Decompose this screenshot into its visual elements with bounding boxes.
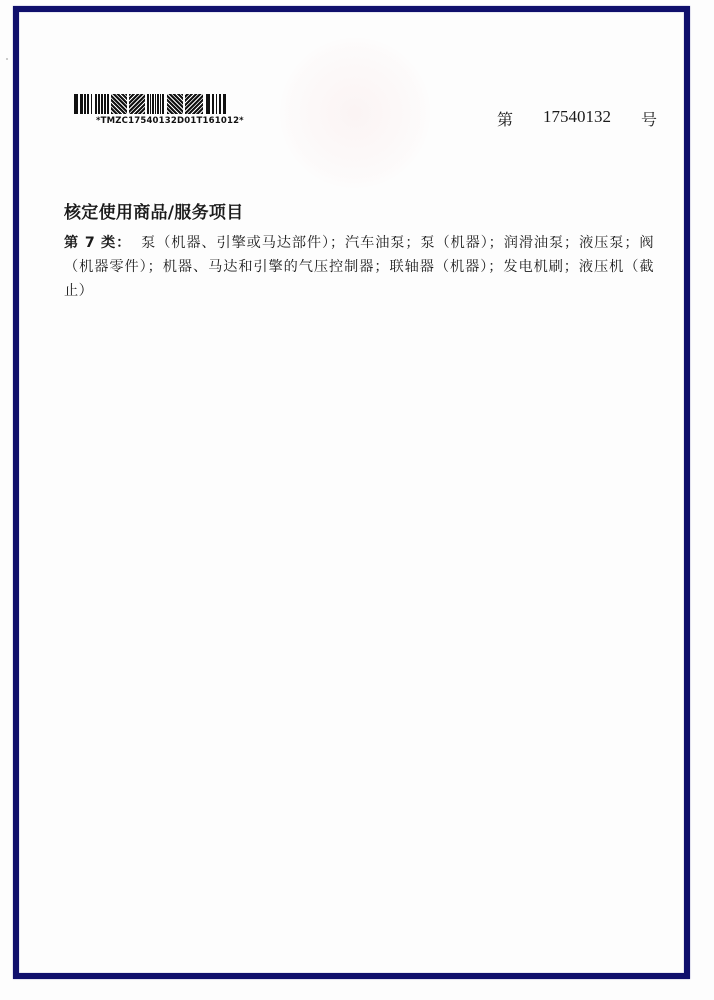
registration-number: 第 17540132 号 xyxy=(497,107,657,130)
barcode-icon xyxy=(74,94,249,114)
class-items-text: 泵（机器、引擎或马达部件）；汽车油泵；泵（机器）；润滑油泵；液压泵；阀（机器零件… xyxy=(64,235,654,299)
class-7-goods: 第 7 类：泵（机器、引擎或马达部件）；汽车油泵；泵（机器）；润滑油泵；液压泵；… xyxy=(64,231,654,303)
registration-prefix: 第 xyxy=(497,107,543,130)
class-label: 第 7 类： xyxy=(64,235,131,251)
barcode-block: *TMZC17540132D01T161012* xyxy=(74,94,249,126)
certificate-border-frame xyxy=(13,6,690,979)
registration-number-value: 17540132 xyxy=(543,107,633,130)
scan-speck xyxy=(6,58,8,60)
barcode-text: *TMZC17540132D01T161012* xyxy=(74,116,249,126)
section-title: 核定使用商品/服务项目 xyxy=(64,198,244,223)
registration-suffix: 号 xyxy=(641,107,657,130)
